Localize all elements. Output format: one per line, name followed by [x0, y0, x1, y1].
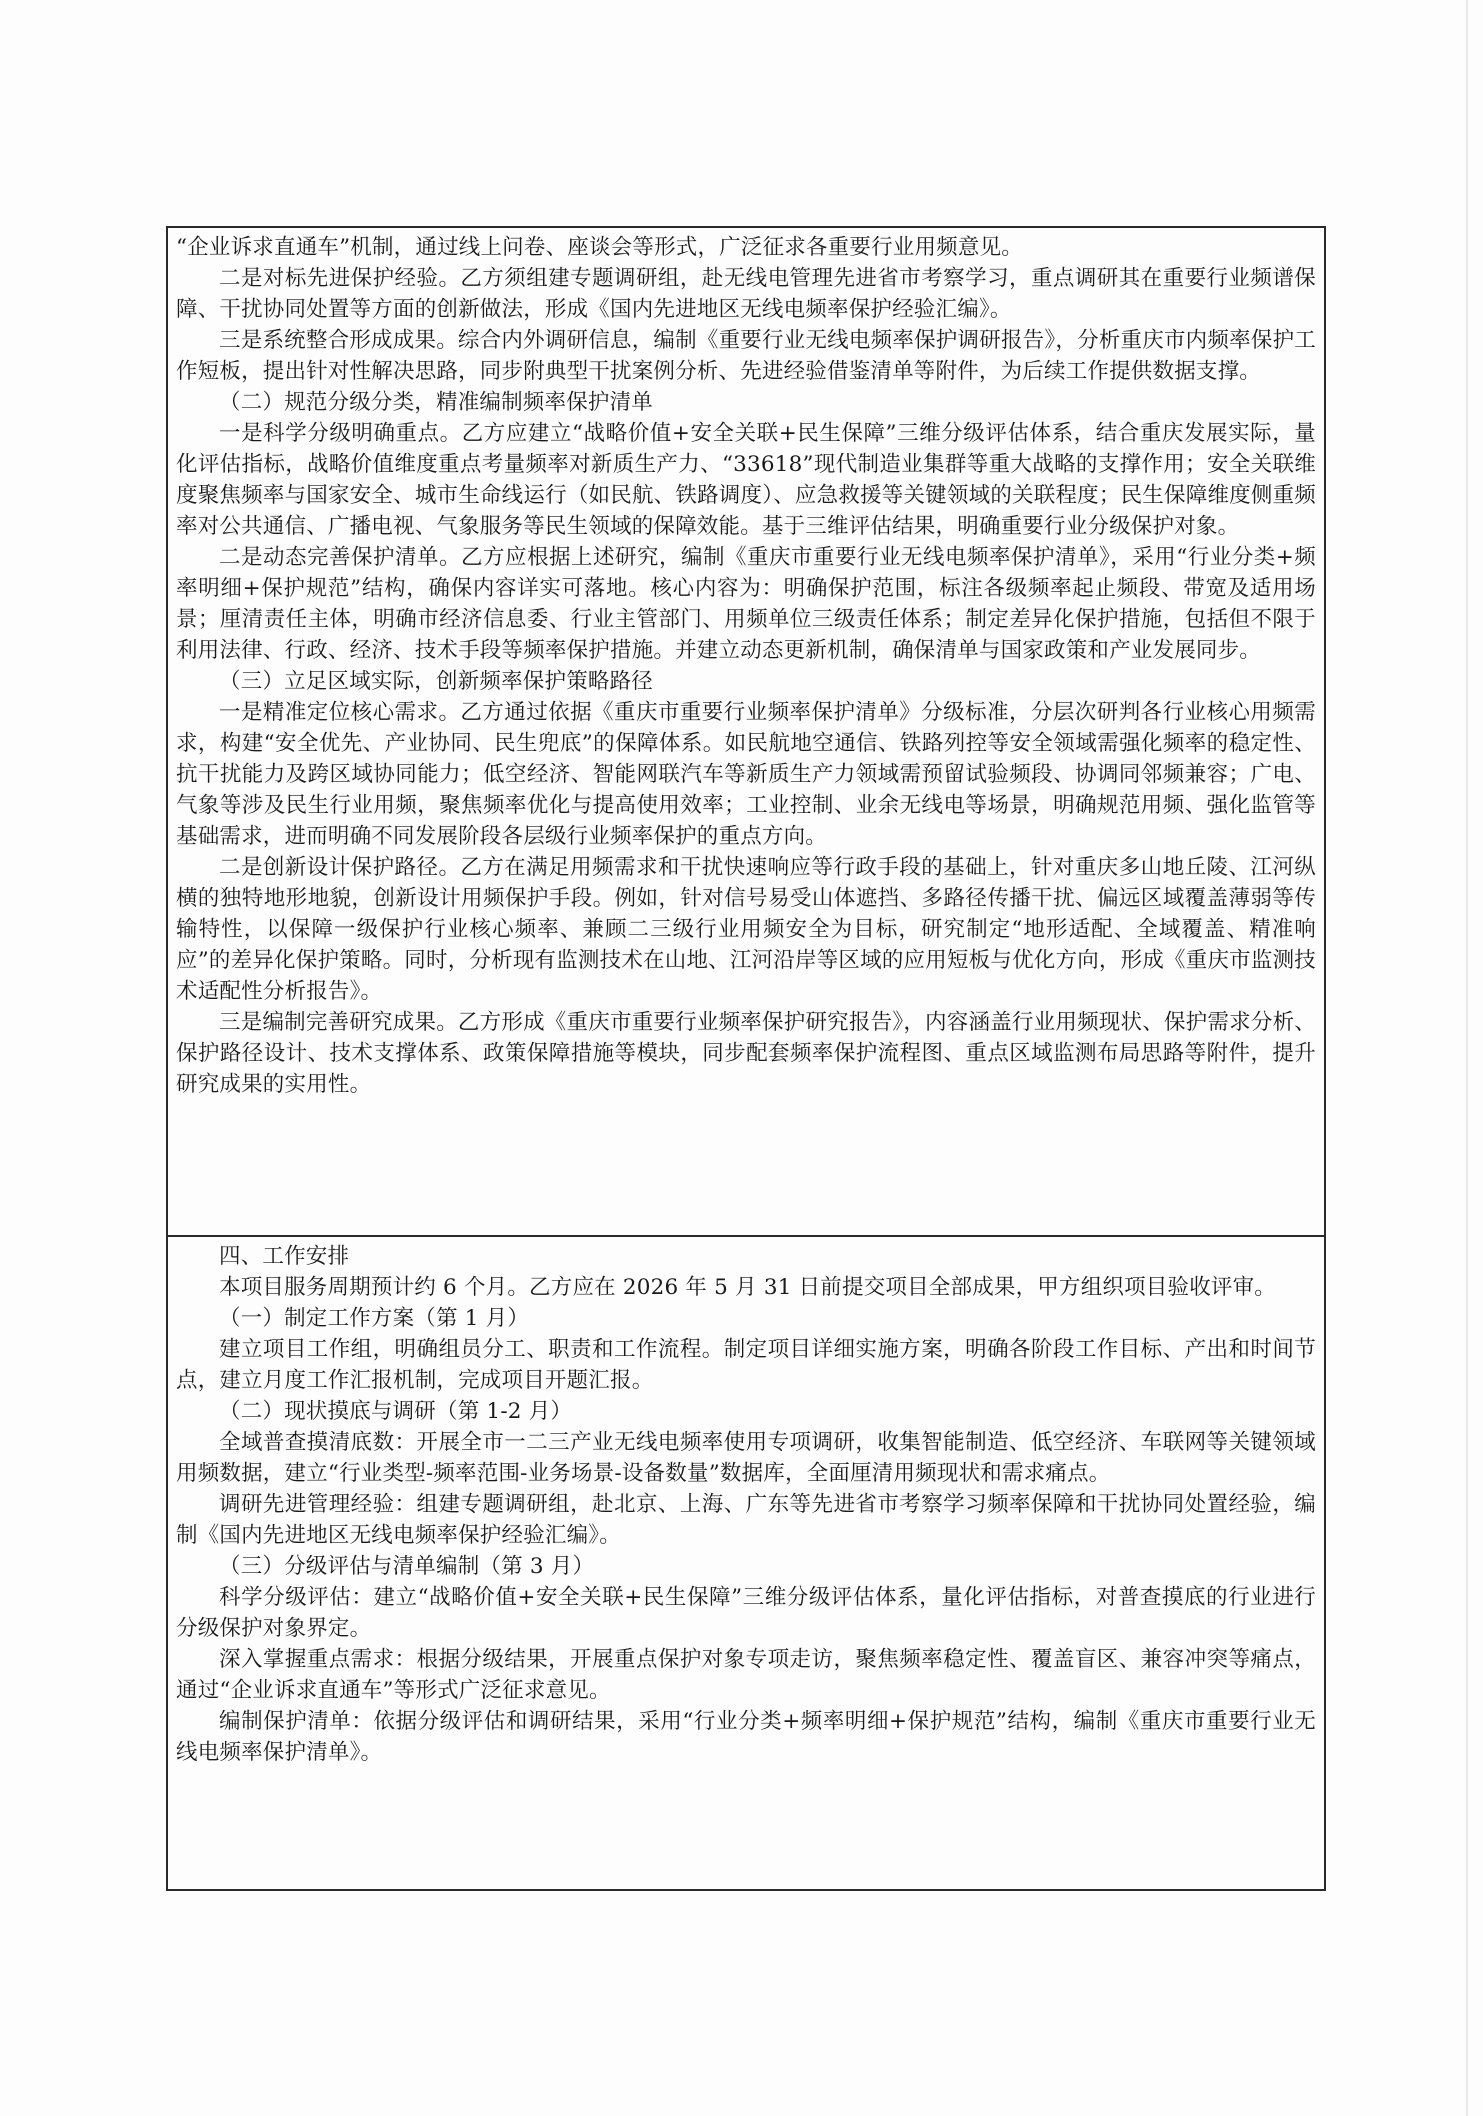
paragraph: 一是精准定位核心需求。乙方通过依据《重庆市重要行业频率保护清单》分级标准，分层次… — [176, 697, 1316, 852]
section-title: 四、工作安排 — [176, 1241, 1316, 1272]
paragraph: 二是创新设计保护路径。乙方在满足用频需求和干扰快速响应等行政手段的基础上，针对重… — [176, 852, 1316, 1007]
paragraph: 建立项目工作组，明确组员分工、职责和工作流程。制定项目详细实施方案，明确各阶段工… — [176, 1334, 1316, 1396]
paragraph: 三是编制完善研究成果。乙方形成《重庆市重要行业频率保护研究报告》，内容涵盖行业用… — [176, 1007, 1316, 1100]
paragraph: 科学分级评估：建立“战略价值+安全关联+民生保障”三维分级评估体系，量化评估指标… — [176, 1582, 1316, 1644]
subsection-heading: （二）现状摸底与调研（第 1-2 月） — [176, 1396, 1316, 1427]
scan-edge-shadow — [1466, 0, 1468, 2116]
paragraph: 编制保护清单：依据分级评估和调研结果，采用“行业分类+频率明细+保护规范”结构，… — [176, 1706, 1316, 1768]
cell-work-plan: 四、工作安排 本项目服务周期预计约 6 个月。乙方应在 2026 年 5 月 3… — [168, 1235, 1324, 1889]
paragraph: 二是动态完善保护清单。乙方应根据上述研究，编制《重庆市重要行业无线电频率保护清单… — [176, 542, 1316, 666]
subsection-heading: （三）立足区域实际，创新频率保护策略路径 — [176, 666, 1316, 697]
subsection-heading: （二）规范分级分类，精准编制频率保护清单 — [176, 387, 1316, 418]
paragraph: 二是对标先进保护经验。乙方须组建专题调研组，赴无线电管理先进省市考察学习，重点调… — [176, 263, 1316, 325]
scanned-page: “企业诉求直通车”机制，通过线上问卷、座谈会等形式，广泛征求各重要行业用频意见。… — [0, 0, 1483, 2116]
paragraph: 三是系统整合形成成果。综合内外调研信息，编制《重要行业无线电频率保护调研报告》，… — [176, 325, 1316, 387]
paragraph: 本项目服务周期预计约 6 个月。乙方应在 2026 年 5 月 31 日前提交项… — [176, 1272, 1316, 1303]
paragraph: 调研先进管理经验：组建专题调研组，赴北京、上海、广东等先进省市考察学习频率保障和… — [176, 1489, 1316, 1551]
paragraph: 全域普查摸清底数：开展全市一二三产业无线电频率使用专项调研，收集智能制造、低空经… — [176, 1427, 1316, 1489]
subsection-heading: （三）分级评估与清单编制（第 3 月） — [176, 1551, 1316, 1582]
paragraph: 一是科学分级明确重点。乙方应建立“战略价值+安全关联+民生保障”三维分级评估体系… — [176, 418, 1316, 542]
subsection-heading: （一）制定工作方案（第 1 月） — [176, 1303, 1316, 1334]
paragraph: 深入掌握重点需求：根据分级结果，开展重点保护对象专项走访，聚焦频率稳定性、覆盖盲… — [176, 1644, 1316, 1706]
content-table: “企业诉求直通车”机制，通过线上问卷、座谈会等形式，广泛征求各重要行业用频意见。… — [166, 226, 1326, 1891]
paragraph: “企业诉求直通车”机制，通过线上问卷、座谈会等形式，广泛征求各重要行业用频意见。 — [176, 232, 1316, 263]
cell-research-content: “企业诉求直通车”机制，通过线上问卷、座谈会等形式，广泛征求各重要行业用频意见。… — [168, 228, 1324, 1235]
